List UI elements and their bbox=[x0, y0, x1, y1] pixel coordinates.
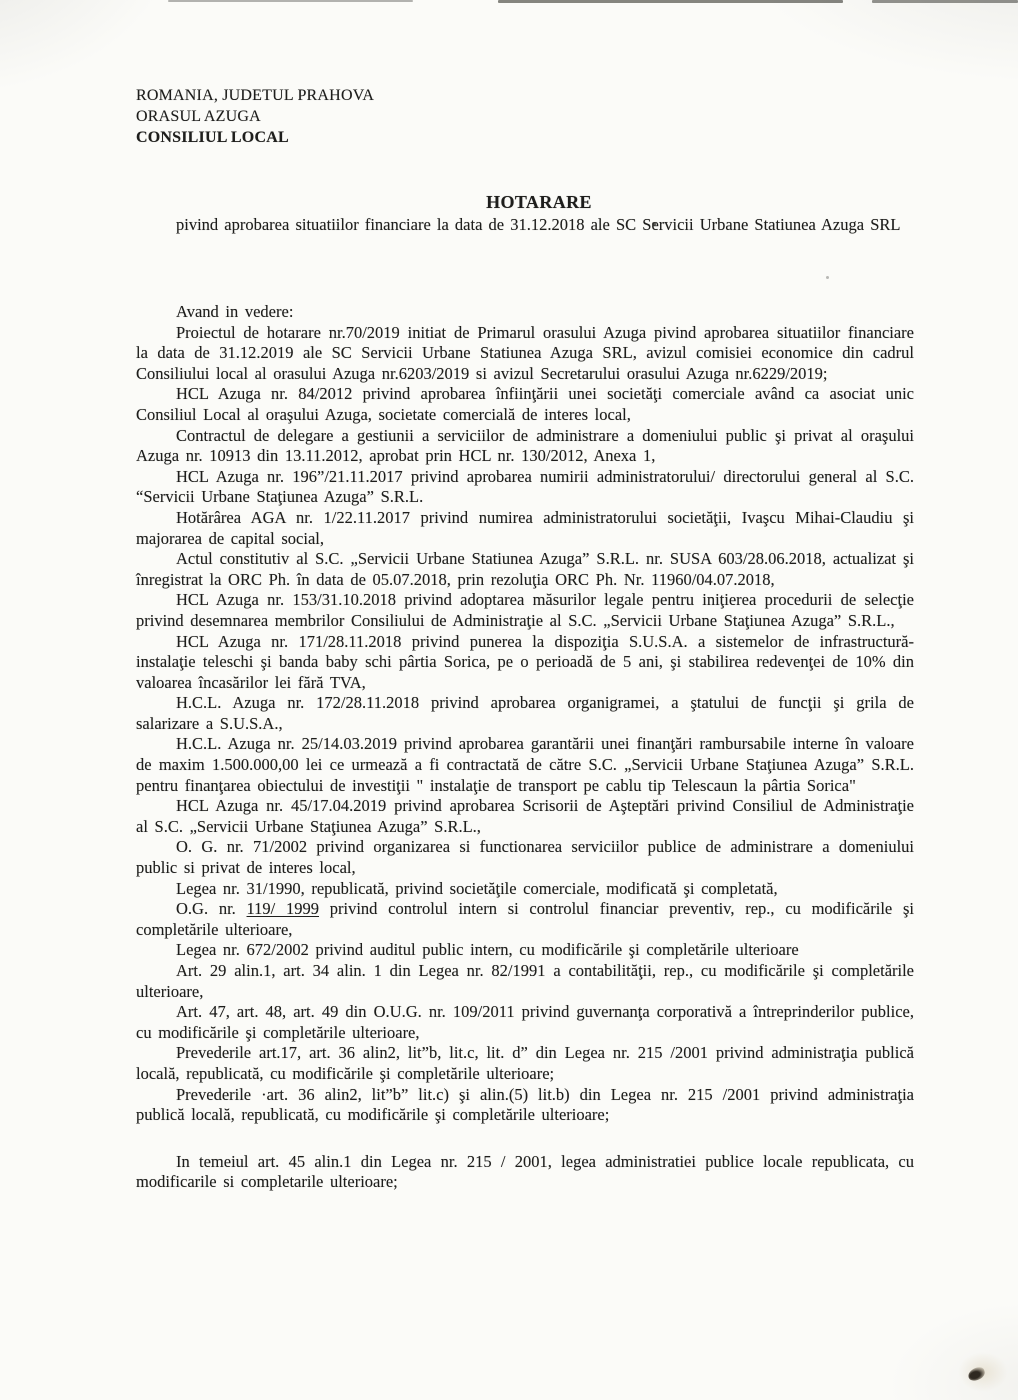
paragraph-text: H.C.L. Azuga nr. 172/28.11.2018 privind … bbox=[136, 693, 914, 733]
paragraph-text: HCL Azuga nr. 153/31.10.2018 privind ado… bbox=[136, 590, 914, 630]
paragraph-text: HCL Azuga nr. 84/2012 privind aprobarea … bbox=[136, 384, 914, 424]
stray-ink-mark bbox=[826, 276, 829, 279]
scan-edge-artifact bbox=[498, 0, 843, 3]
preamble-paragraph: Art. 47, art. 48, art. 49 din O.U.G. nr.… bbox=[136, 1002, 914, 1043]
preamble-paragraph: O.G. nr. 119/ 1999 privind controlul int… bbox=[136, 899, 914, 940]
preamble-paragraph: HCL Azuga nr. 196”/21.11.2017 privind ap… bbox=[136, 467, 914, 508]
preamble-paragraph: Legea nr. 31/1990, republicată, privind … bbox=[136, 879, 914, 900]
preamble-intro: Avand in vedere: bbox=[136, 302, 914, 323]
scanned-document-page: ROMANIA, JUDETUL PRAHOVA ORASUL AZUGA CO… bbox=[0, 0, 1018, 1400]
paragraph-text: Prevederile art.17, art. 36 alin2, lit”b… bbox=[136, 1043, 914, 1083]
scan-edge-artifact bbox=[872, 0, 1018, 3]
paragraph-text: Legea nr. 672/2002 privind auditul publi… bbox=[176, 940, 799, 959]
preamble-paragraph: Prevederile ·art. 36 alin2, lit”b” lit.c… bbox=[136, 1085, 914, 1126]
preamble-paragraph: Legea nr. 672/2002 privind auditul publi… bbox=[136, 940, 914, 961]
paragraph-text: Legea nr. 31/1990, republicată, privind … bbox=[176, 879, 778, 898]
document-title: HOTARARE bbox=[486, 192, 592, 213]
preamble-paragraph: Contractul de delegare a gestiunii a ser… bbox=[136, 426, 914, 467]
preamble-paragraph: Actul constitutiv al S.C. „Servicii Urba… bbox=[136, 549, 914, 590]
paragraph-text: H.C.L. Azuga nr. 25/14.03.2019 privind a… bbox=[136, 734, 914, 794]
paragraph-text: Prevederile ·art. 36 alin2, lit”b” lit.c… bbox=[136, 1085, 914, 1125]
preamble-paragraph: Art. 29 alin.1, art. 34 alin. 1 din Lege… bbox=[136, 961, 914, 1002]
preamble-paragraph: O. G. nr. 71/2002 privind organizarea si… bbox=[136, 837, 914, 878]
paragraph-text: O.G. nr. bbox=[176, 899, 247, 918]
paragraph-text: Hotărârea AGA nr. 1/22.11.2017 privind n… bbox=[136, 508, 914, 548]
preamble-paragraphs: Proiectul de hotarare nr.70/2019 initiat… bbox=[136, 323, 914, 1126]
paragraph-text: Art. 47, art. 48, art. 49 din O.U.G. nr.… bbox=[136, 1002, 914, 1042]
paragraph-text: Proiectul de hotarare nr.70/2019 initiat… bbox=[136, 323, 914, 383]
scan-edge-artifact bbox=[168, 0, 413, 2]
preamble-paragraph: HCL Azuga nr. 153/31.10.2018 privind ado… bbox=[136, 590, 914, 631]
document-subtitle: pivind aprobarea situatiilor financiare … bbox=[136, 214, 914, 236]
underlined-reference: 119/ 1999 bbox=[247, 899, 319, 918]
closing-paragraph: In temeiul art. 45 alin.1 din Legea nr. … bbox=[136, 1152, 914, 1193]
preamble-paragraph: H.C.L. Azuga nr. 172/28.11.2018 privind … bbox=[136, 693, 914, 734]
preamble-paragraph: HCL Azuga nr. 171/28.11.2018 privind pun… bbox=[136, 632, 914, 694]
preamble-paragraph: Prevederile art.17, art. 36 alin2, lit”b… bbox=[136, 1043, 914, 1084]
document-content: ROMANIA, JUDETUL PRAHOVA ORASUL AZUGA CO… bbox=[136, 85, 914, 1193]
letterhead-council-line: CONSILIUL LOCAL bbox=[136, 127, 914, 148]
title-row: HOTARARE bbox=[136, 192, 914, 213]
stray-ink-dot bbox=[652, 222, 656, 226]
letterhead: ROMANIA, JUDETUL PRAHOVA ORASUL AZUGA CO… bbox=[136, 85, 914, 148]
paragraph-text: HCL Azuga nr. 171/28.11.2018 privind pun… bbox=[136, 632, 914, 692]
preamble-paragraph: HCL Azuga nr. 84/2012 privind aprobarea … bbox=[136, 384, 914, 425]
preamble-paragraph: Hotărârea AGA nr. 1/22.11.2017 privind n… bbox=[136, 508, 914, 549]
preamble-paragraph: H.C.L. Azuga nr. 25/14.03.2019 privind a… bbox=[136, 734, 914, 796]
preamble-section: Avand in vedere: Proiectul de hotarare n… bbox=[136, 302, 914, 1193]
paragraph-text: Art. 29 alin.1, art. 34 alin. 1 din Lege… bbox=[136, 961, 914, 1001]
paragraph-text: HCL Azuga nr. 45/17.04.2019 privind apro… bbox=[136, 796, 914, 836]
preamble-paragraph: HCL Azuga nr. 45/17.04.2019 privind apro… bbox=[136, 796, 914, 837]
paragraph-text: Actul constitutiv al S.C. „Servicii Urba… bbox=[136, 549, 914, 589]
paragraph-text: HCL Azuga nr. 196”/21.11.2017 privind ap… bbox=[136, 467, 914, 507]
paragraph-text: Contractul de delegare a gestiunii a ser… bbox=[136, 426, 914, 466]
letterhead-county-line: ROMANIA, JUDETUL PRAHOVA bbox=[136, 85, 914, 106]
letterhead-city-line: ORASUL AZUGA bbox=[136, 106, 914, 127]
preamble-paragraph: Proiectul de hotarare nr.70/2019 initiat… bbox=[136, 323, 914, 385]
paragraph-text: O. G. nr. 71/2002 privind organizarea si… bbox=[136, 837, 914, 877]
